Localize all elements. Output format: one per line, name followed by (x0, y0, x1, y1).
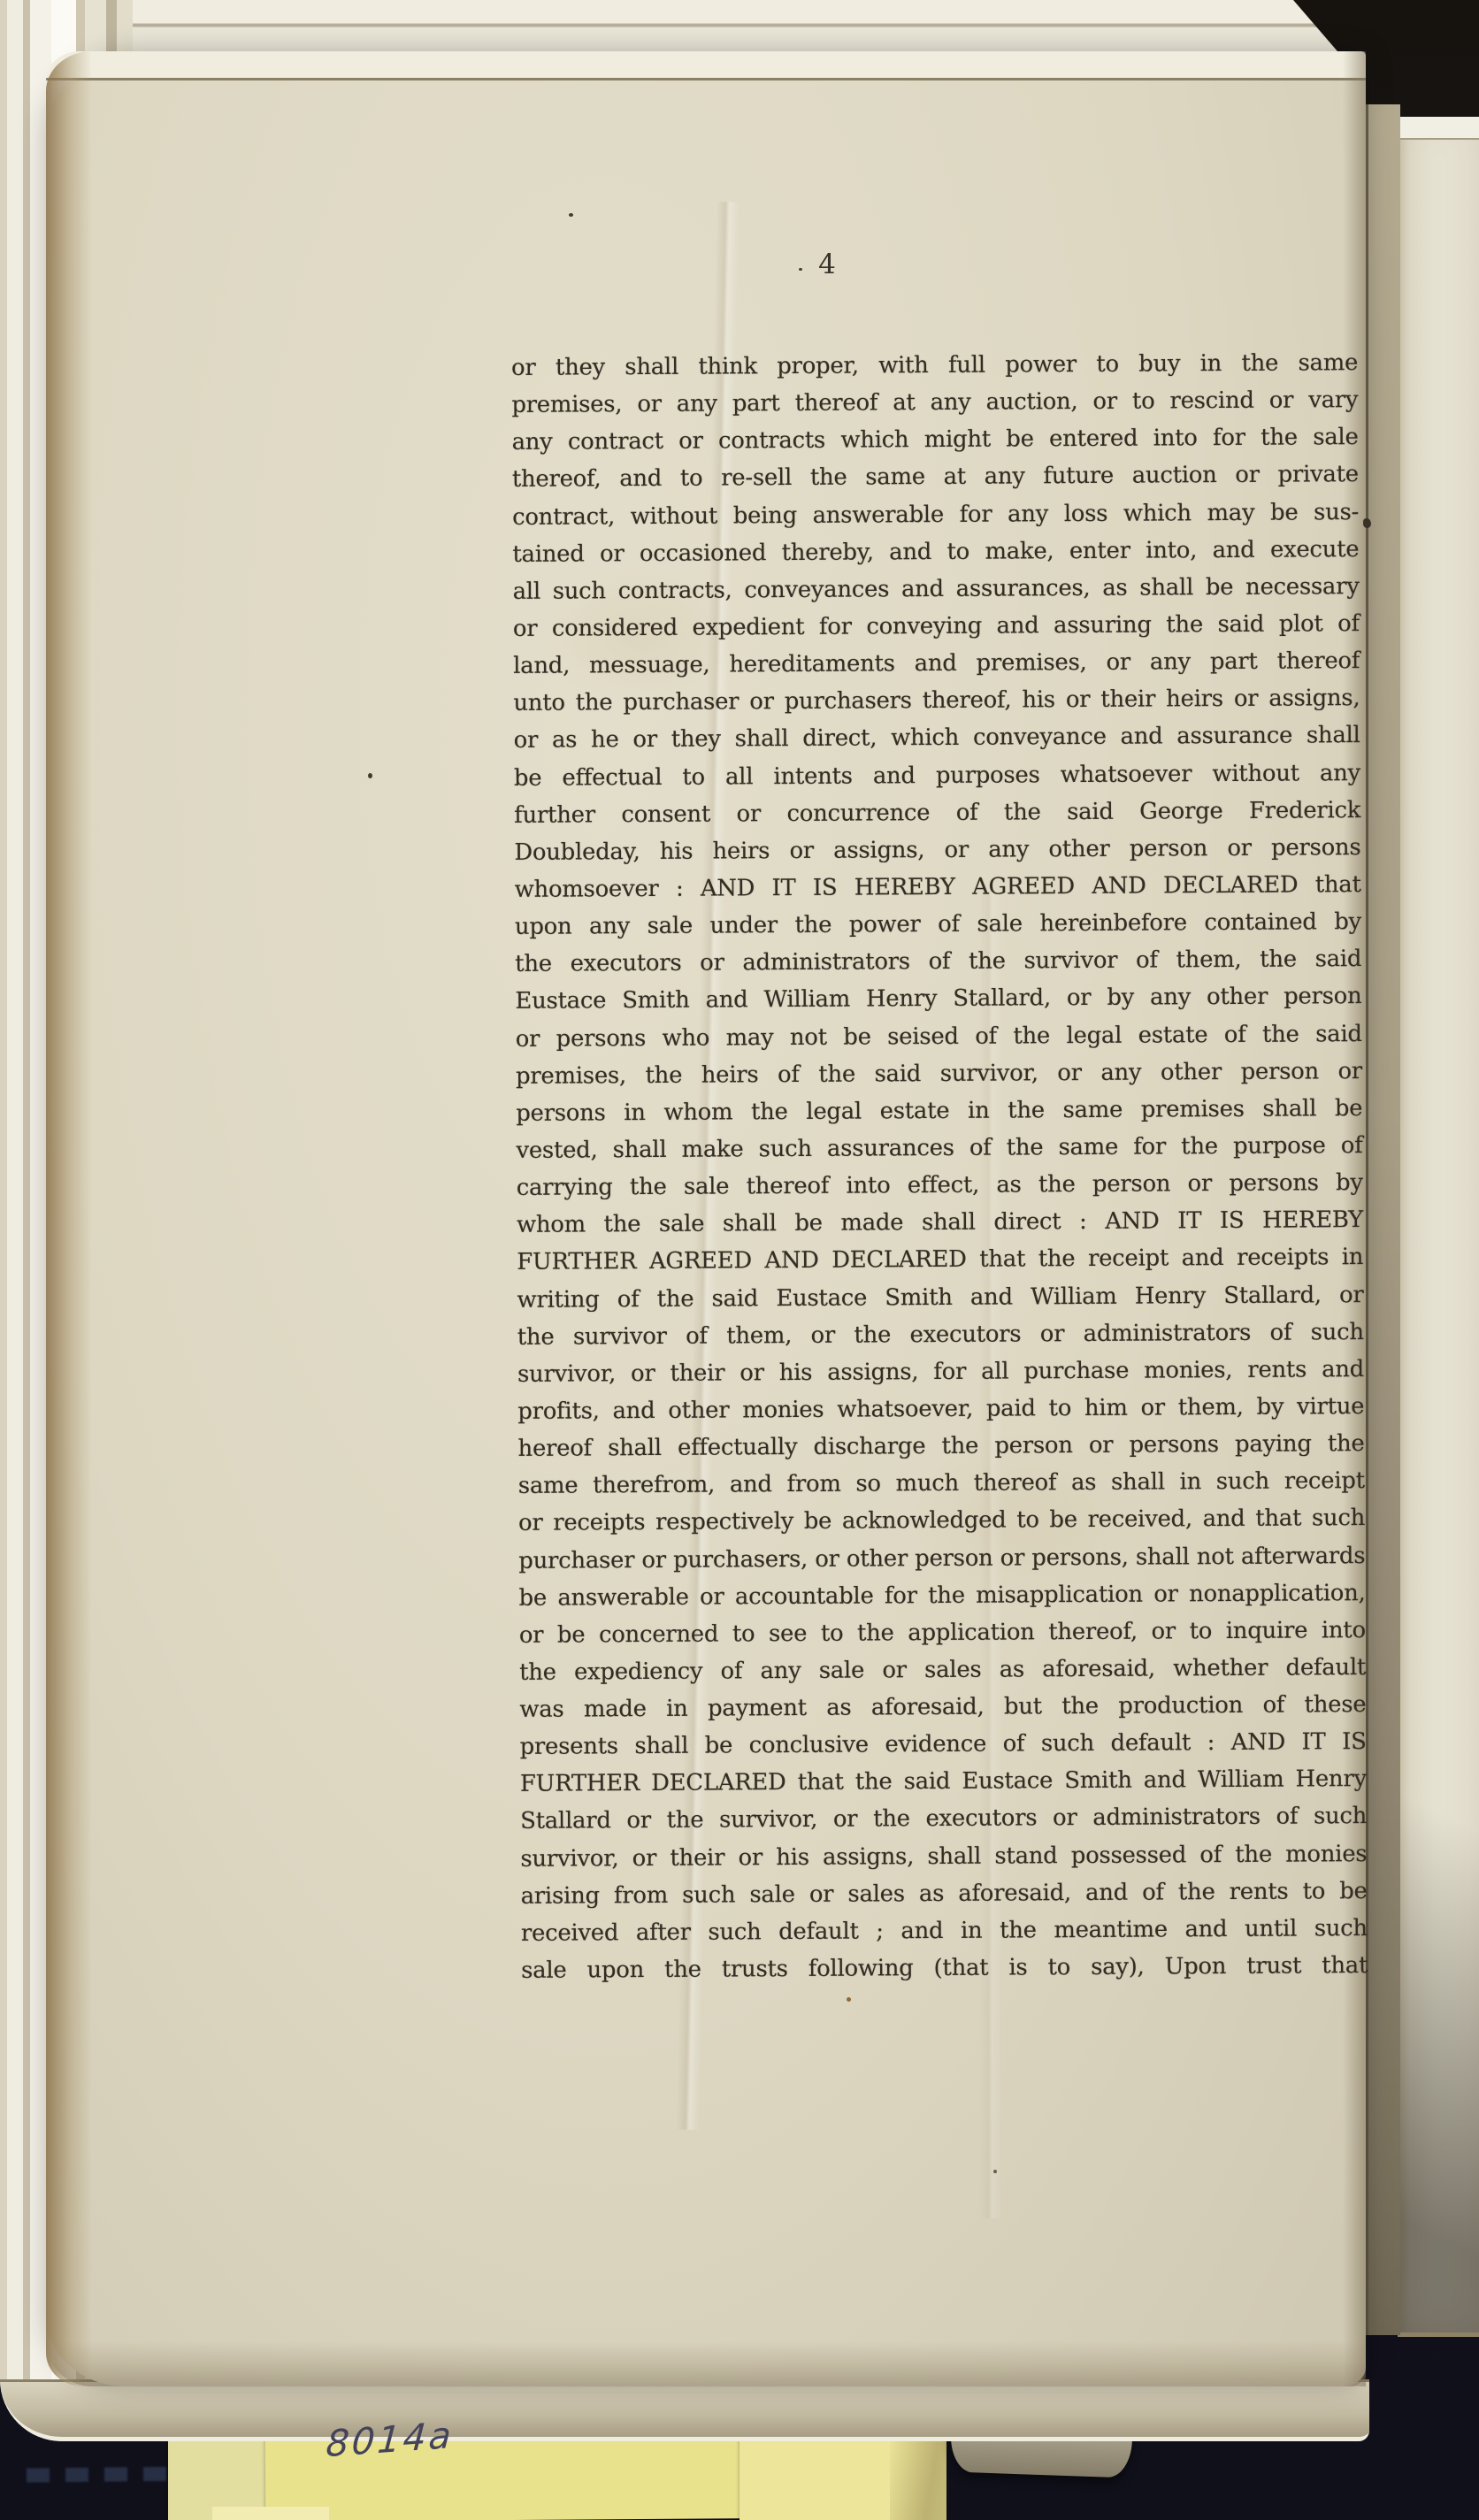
text-line: Doubleday, his heirs or assigns, or any … (514, 829, 1360, 871)
gutter-shadow (1366, 104, 1400, 2335)
text-line: received after such default ; and in the… (521, 1910, 1368, 1952)
paper-speck (569, 213, 573, 217)
text-line: or as he or they shall direct, which con… (514, 716, 1360, 759)
book-photo: 8014a 4 or they shall think proper, with… (0, 0, 1479, 2520)
text-line: unto the purchaser or purchasers thereof… (513, 679, 1360, 722)
text-line: same therefrom, and from so much thereof… (518, 1462, 1365, 1505)
text-line: the expediency of any sale or sales as a… (519, 1649, 1366, 1691)
text-line: be effectual to all intents and purposes… (514, 754, 1360, 797)
text-line: Eustace Smith and William Henry Stallard… (515, 977, 1361, 1020)
text-line: contract, without being answerable for a… (512, 494, 1359, 536)
text-line: persons in whom the legal estate in the … (516, 1090, 1362, 1132)
text-line: purchaser or purchasers, or other person… (518, 1537, 1365, 1580)
text-line: any contract or contracts which might be… (512, 418, 1359, 461)
page-top-edge (46, 51, 1366, 80)
paper-speck (799, 268, 802, 271)
adjacent-page (1398, 117, 1479, 2337)
page-bottom-curl (46, 2340, 1366, 2386)
text-line: writing of the said Eustace Smith and Wi… (517, 1276, 1363, 1319)
text-line: or receipts respectively be acknowledged… (518, 1499, 1365, 1542)
page-number: 4 (808, 249, 847, 280)
text-line: was made in payment as aforesaid, but th… (519, 1686, 1366, 1728)
text-line: land, messuage, hereditaments and premis… (513, 642, 1360, 685)
text-line: FURTHER DECLARED that the said Eustace S… (520, 1760, 1367, 1803)
text-line: FURTHER AGREED AND DECLARED that the rec… (517, 1238, 1363, 1281)
text-line: thereof, and to re-sell the same at any … (512, 456, 1359, 498)
text-line: premises, or any part thereof at any auc… (511, 381, 1358, 424)
text-line: profits, and other monies whatsoever, pa… (517, 1388, 1364, 1430)
text-line: survivor, or their or his assigns, for a… (517, 1351, 1364, 1393)
text-line: or they shall think proper, with full po… (511, 344, 1358, 387)
paper-speck (993, 2170, 997, 2173)
text-line: arising from such sale or sales as afore… (521, 1873, 1368, 1915)
text-line: whom the sale shall be made shall direct… (517, 1201, 1363, 1244)
text-line: carrying the sale thereof into effect, a… (517, 1164, 1363, 1206)
page-stack-top-edge (0, 0, 1337, 51)
text-line: further consent or concurrence of the sa… (514, 792, 1360, 834)
text-line: presents shall be conclusive evidence of… (520, 1723, 1367, 1766)
rust-speck (847, 1997, 851, 2002)
text-line: or persons who may not be seised of the … (516, 1015, 1362, 1058)
text-line: tained or occasioned thereby, and to mak… (512, 531, 1359, 573)
text-line: upon any sale under the power of sale he… (515, 903, 1361, 946)
text-line: be answerable or accountable for the mis… (519, 1574, 1366, 1617)
text-line: premises, the heirs of the said survivor… (516, 1053, 1362, 1095)
text-line: the executors or administrators of the s… (515, 940, 1361, 983)
ink-fleck (1363, 518, 1371, 528)
sticky-note-strip (212, 2507, 329, 2520)
text-line: sale upon the trusts following (that is … (521, 1947, 1368, 1989)
text-line: Stallard or the survivor, or the executo… (520, 1798, 1367, 1841)
text-line: or considered expedient for conveying an… (513, 605, 1360, 647)
text-line: survivor, or their or his assigns, shall… (520, 1835, 1367, 1878)
text-line: or be concerned to see to the applicatio… (519, 1612, 1366, 1654)
deed-text: or they shall think proper, with full po… (511, 344, 1368, 1989)
text-line: whomsoever : AND IT IS HEREBY AGREED AND… (515, 866, 1361, 908)
adjacent-page-shadow (1398, 117, 1479, 2332)
text-line: the survivor of them, or the executors o… (517, 1314, 1364, 1356)
text-line: hereof shall effectually discharge the p… (517, 1425, 1364, 1467)
page-stack-bottom-edge (0, 2379, 1369, 2441)
text-line: all such contracts, conveyances and assu… (513, 568, 1360, 610)
text-line: vested, shall make such assurances of th… (516, 1127, 1362, 1169)
page-left-worn-edge (46, 51, 92, 2386)
paper-speck (368, 773, 372, 778)
